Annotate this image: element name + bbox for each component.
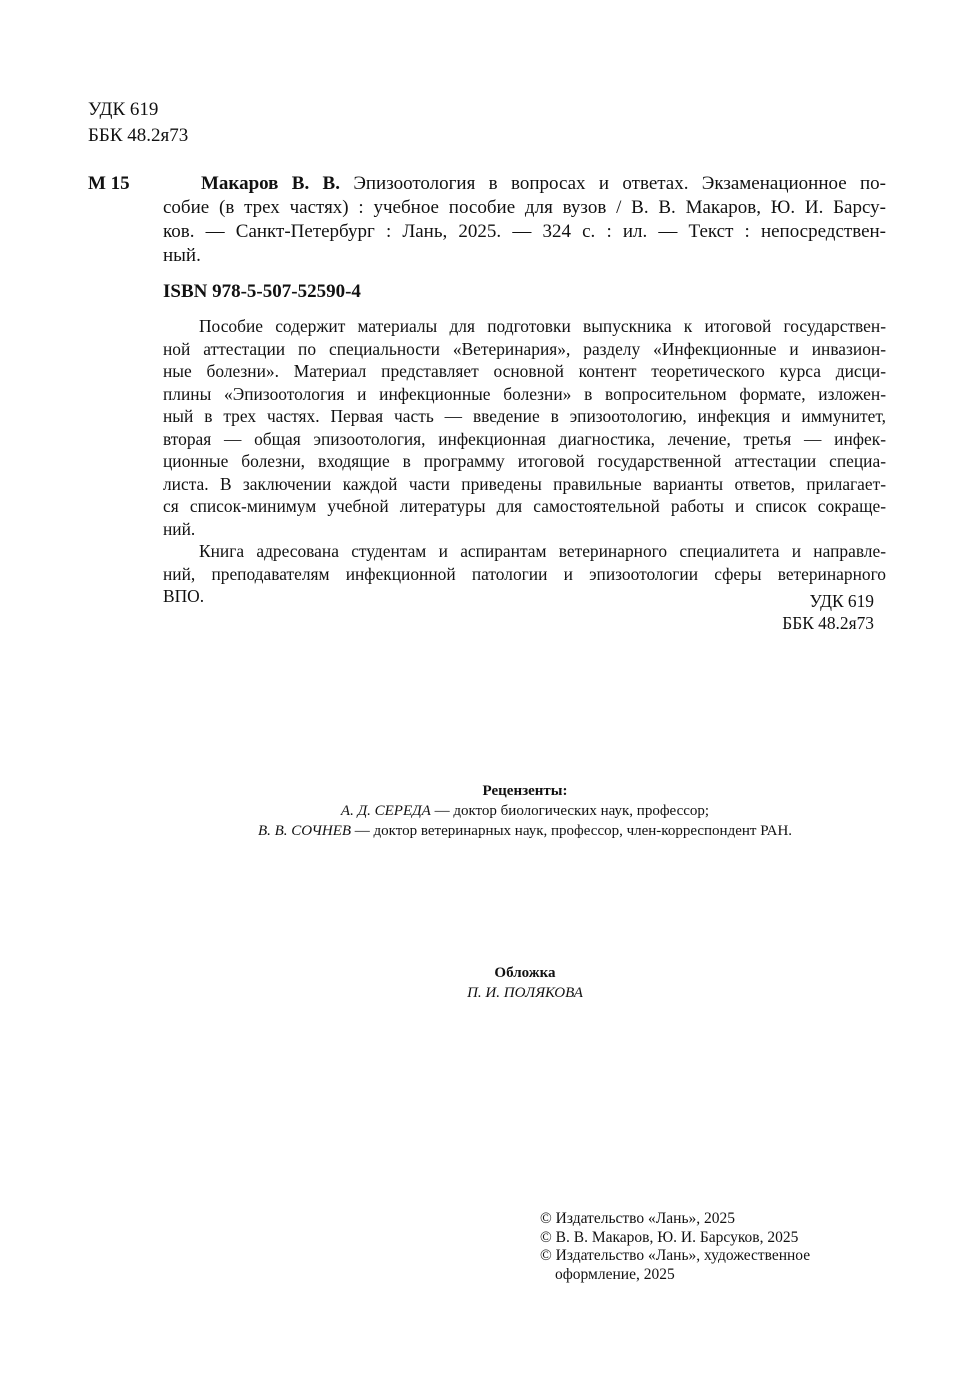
bbk-code: ББК 48.2я73 bbox=[88, 123, 188, 149]
reviewers-heading: Рецензенты: bbox=[483, 783, 568, 799]
classification-codes-bottom: УДК 619 ББК 48.2я73 bbox=[760, 590, 874, 634]
cover-heading: Обложка bbox=[494, 965, 555, 981]
bib-line: ков. — Санкт-Петербург : Лань, 2025. — 3… bbox=[163, 220, 886, 244]
bbk-code: ББК 48.2я73 bbox=[760, 612, 874, 634]
abstract-line: ся список-минимум учебной литературы для… bbox=[163, 495, 886, 518]
reviewers-block: Рецензенты: А. Д. СЕРЕДА — доктор биолог… bbox=[0, 781, 976, 841]
cover-designer: П. И. ПОЛЯКОВА bbox=[467, 985, 583, 1001]
reviewer-item: В. В. СОЧНЕВ — доктор ветеринарных наук,… bbox=[0, 821, 976, 841]
abstract-line: ний, преподавателям инфекционной патолог… bbox=[163, 563, 886, 586]
reviewer-description: — доктор биологических наук, профессор; bbox=[431, 803, 709, 819]
copyright-line: © Издательство «Лань», художественное bbox=[540, 1247, 810, 1266]
author-name: Макаров В. В. bbox=[201, 173, 340, 194]
udk-code: УДК 619 bbox=[760, 590, 874, 612]
bibliographic-record: Макаров В. В. Эпизоотология в вопросах и… bbox=[163, 172, 886, 268]
abstract-line: ний. bbox=[163, 518, 886, 541]
reviewer-name: А. Д. СЕРЕДА bbox=[341, 803, 431, 819]
abstract-line: листа. В заключении каждой части приведе… bbox=[163, 473, 886, 496]
abstract-line: Пособие содержит материалы для подготовк… bbox=[163, 315, 886, 338]
copyright-line: © Издательство «Лань», 2025 bbox=[540, 1210, 810, 1229]
abstract: Пособие содержит материалы для подготовк… bbox=[163, 315, 886, 608]
copyright-line: © В. В. Макаров, Ю. И. Барсуков, 2025 bbox=[540, 1229, 810, 1248]
abstract-paragraph-1: Пособие содержит материалы для подготовк… bbox=[163, 315, 886, 540]
reviewer-item: А. Д. СЕРЕДА — доктор биологических наук… bbox=[0, 801, 976, 821]
abstract-line: ционные болезни, входящие в программу ит… bbox=[163, 450, 886, 473]
abstract-line: ной аттестации по специальности «Ветерин… bbox=[163, 338, 886, 361]
reviewer-description: — доктор ветеринарных наук, профессор, ч… bbox=[351, 823, 792, 839]
bib-line: Макаров В. В. Эпизоотология в вопросах и… bbox=[163, 172, 886, 196]
abstract-line: ный в трех частях. Первая часть — введен… bbox=[163, 405, 886, 428]
abstract-line: Книга адресована студентам и аспирантам … bbox=[163, 540, 886, 563]
udk-code: УДК 619 bbox=[88, 97, 188, 123]
classification-codes-top: УДК 619 ББК 48.2я73 bbox=[88, 97, 188, 149]
copyright-line-continuation: оформление, 2025 bbox=[540, 1266, 810, 1285]
abstract-line: вторая — общая эпизоотология, инфекционн… bbox=[163, 428, 886, 451]
bib-line: ный. bbox=[163, 244, 886, 268]
cover-credit: Обложка П. И. ПОЛЯКОВА bbox=[0, 963, 976, 1003]
bib-line: собие (в трех частях) : учебное пособие … bbox=[163, 196, 886, 220]
abstract-line: ные болезни». Материал представляет осно… bbox=[163, 360, 886, 383]
author-mark: М 15 bbox=[88, 172, 130, 196]
abstract-line: плины «Эпизоотология и инфекционные боле… bbox=[163, 383, 886, 406]
isbn: ISBN 978-5-507-52590-4 bbox=[163, 281, 361, 303]
copyright-block: © Издательство «Лань», 2025 © В. В. Мака… bbox=[540, 1210, 810, 1284]
reviewer-name: В. В. СОЧНЕВ bbox=[258, 823, 351, 839]
